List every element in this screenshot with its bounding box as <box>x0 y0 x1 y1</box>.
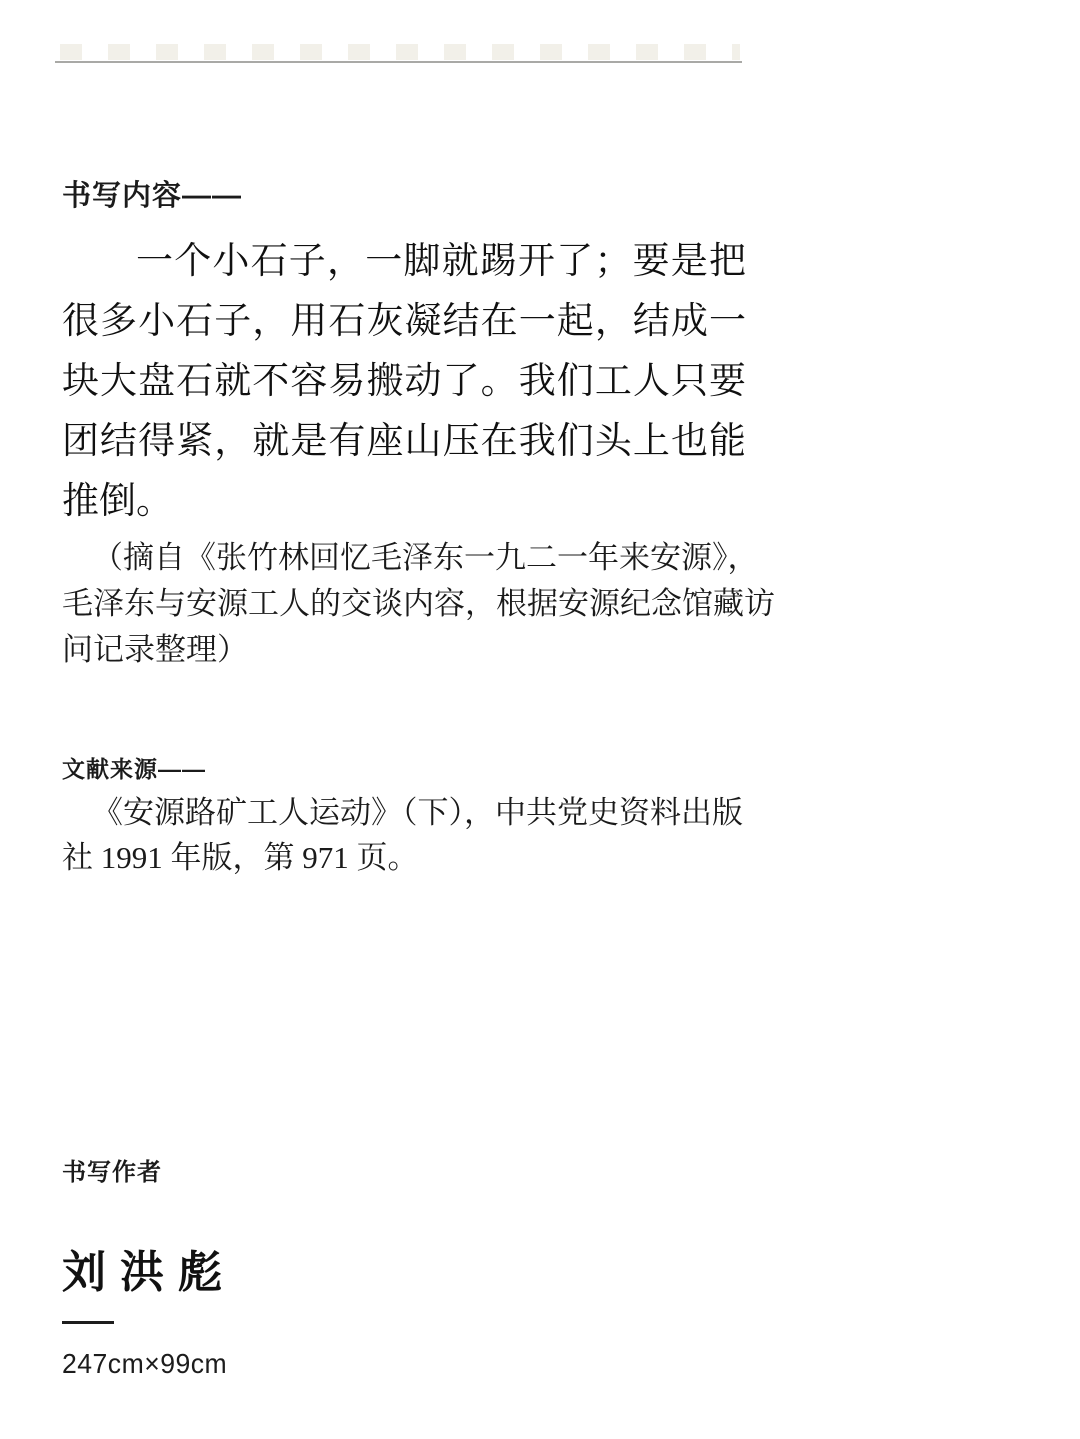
quote-line: 团结得紧，就是有座山压在我们头上也能 <box>62 412 746 472</box>
page-top-bleed-through <box>60 44 740 60</box>
calligrapher-name: 刘洪彪 <box>62 1236 236 1300</box>
source-text-block: 《安源路矿工人运动》（下），中共党史资料出版 社 1991 年版，第 971 页… <box>62 790 754 880</box>
quote-line: 推倒。 <box>62 472 746 532</box>
citation-line: 毛泽东与安源工人的交谈内容，根据安源纪念馆藏访 <box>62 581 754 627</box>
quote-line: 一个小石子，一脚就踢开了；要是把 <box>62 232 746 292</box>
source-line: 社 1991 年版，第 971 页。 <box>62 835 754 880</box>
artwork-dimensions: 247cm×99cm <box>62 1348 227 1380</box>
source-line: 《安源路矿工人运动》（下），中共党史资料出版 <box>62 790 754 835</box>
section-heading-calligrapher: 书写作者 <box>62 1152 162 1187</box>
citation-line: （摘自《张竹林回忆毛泽东一九二一年来安源》， <box>62 535 754 581</box>
section-heading-literature-source: 文献来源—— <box>62 751 206 784</box>
quote-line: 很多小石子，用石灰凝结在一起，结成一 <box>62 292 746 352</box>
quote-citation-block: （摘自《张竹林回忆毛泽东一九二一年来安源》， 毛泽东与安源工人的交谈内容，根据安… <box>62 535 754 673</box>
document-page: 书写内容—— 一个小石子，一脚就踢开了；要是把 很多小石子，用石灰凝结在一起，结… <box>0 0 1080 1439</box>
quote-line: 块大盘石就不容易搬动了。我们工人只要 <box>62 352 746 412</box>
citation-line: 问记录整理） <box>62 627 754 673</box>
quote-text-block: 一个小石子，一脚就踢开了；要是把 很多小石子，用石灰凝结在一起，结成一 块大盘石… <box>62 232 746 532</box>
top-divider-line <box>55 61 742 63</box>
section-heading-writing-content: 书写内容—— <box>62 173 242 214</box>
size-rule-line <box>62 1321 114 1324</box>
